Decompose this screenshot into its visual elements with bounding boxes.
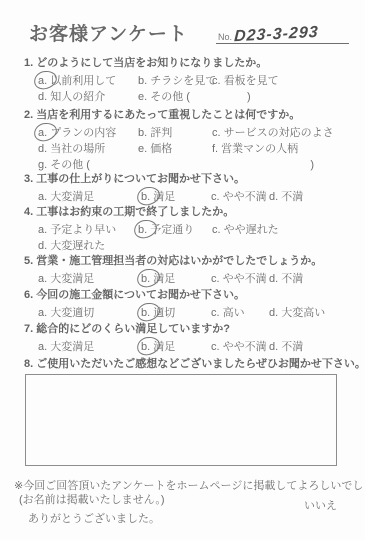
thank-you-message: ありがとうございました。 bbox=[28, 510, 160, 526]
option-label: d. 不満 bbox=[269, 191, 303, 203]
question-title: 3. 工事の仕上がりについてお聞かせ下さい。 bbox=[24, 172, 357, 187]
option-row: a. 大変適切 b. 適切 c. 高い d. 大変高い bbox=[24, 305, 357, 321]
option-label: d. 不満 bbox=[269, 341, 303, 353]
option-label: d. 大変高い bbox=[269, 307, 325, 319]
question-8: 8. ご使用いただいたご感想などございましたらぜひお聞かせ下さい。 bbox=[24, 357, 357, 374]
option-f: f. 営業マンの人柄 bbox=[212, 141, 298, 157]
question-title: 2. 当店を利用するにあたって重視したことは何ですか。 bbox=[24, 108, 357, 123]
option-c: c. やや遅れた bbox=[212, 222, 279, 238]
name-privacy-note: (お名前は掲載いたしません。) bbox=[19, 491, 165, 507]
option-label: d. 知人の紹介 bbox=[38, 91, 105, 103]
option-label: e. その他 ( bbox=[138, 91, 190, 103]
question-3: 3. 工事の仕上がりについてお聞かせ下さい。 a. 大変満足 b. 満足 c. … bbox=[24, 172, 357, 205]
option-b: b. 適切 bbox=[141, 305, 211, 321]
customer-survey-form: お客様アンケート No. D23-3-293 1. どのようにして当店をお知りに… bbox=[0, 0, 365, 540]
question-6: 6. 今回の施工金額についてお聞かせ下さい。 a. 大変適切 b. 適切 c. … bbox=[24, 288, 357, 321]
option-label: d. 不満 bbox=[269, 273, 303, 285]
option-row: a. 大変満足 b. 満足 c. やや不満 d. 不満 bbox=[24, 339, 357, 355]
option-label: d. 当社の場所 bbox=[38, 143, 105, 155]
option-label: a. プランの内容 bbox=[38, 127, 116, 139]
option-d: d. 不満 bbox=[269, 339, 303, 355]
question-title: 5. 営業・施工管理担当者の対応はいかがでしたでしょうか。 bbox=[24, 254, 357, 269]
form-number-label: No. bbox=[218, 32, 232, 42]
option-row: g. その他 ( ) bbox=[24, 157, 314, 173]
option-b: b. 満足 bbox=[141, 339, 211, 355]
comment-box bbox=[25, 374, 337, 466]
option-label: b. 満足 bbox=[141, 273, 175, 285]
option-b: b. 評判 bbox=[138, 125, 212, 141]
option-row: a. プランの内容 b. 評判 c. サービスの対応のよさ bbox=[24, 125, 357, 141]
close-paren: ) bbox=[247, 89, 251, 105]
option-d: d. 当社の場所 bbox=[38, 141, 138, 157]
option-label: a. 大変満足 bbox=[38, 273, 94, 285]
handwritten-form-number: D23-3-293 bbox=[234, 24, 319, 47]
option-a: a. 大変満足 bbox=[38, 271, 141, 287]
option-d: d. 知人の紹介 bbox=[38, 89, 138, 105]
question-title: 8. ご使用いただいたご感想などございましたらぜひお聞かせ下さい。 bbox=[24, 357, 357, 372]
option-e: e. その他 ( bbox=[138, 89, 190, 105]
option-row: d. 大変遅れた bbox=[24, 238, 357, 254]
option-c: c. 看板を見て bbox=[212, 73, 279, 89]
option-label: a. 以前利用して bbox=[38, 75, 116, 87]
option-label: c. やや不満 bbox=[211, 191, 267, 203]
option-label: b. 適切 bbox=[141, 307, 175, 319]
page-title: お客様アンケート bbox=[29, 19, 188, 46]
option-a: a. プランの内容 bbox=[38, 125, 138, 141]
option-c: c. 高い bbox=[211, 305, 269, 321]
option-row: a. 大変満足 b. 満足 c. やや不満 d. 不満 bbox=[24, 271, 357, 287]
option-a: a. 大変満足 bbox=[38, 189, 141, 205]
option-a: a. 大変適切 bbox=[38, 305, 141, 321]
option-c: c. やや不満 bbox=[211, 339, 269, 355]
option-label: a. 大変適切 bbox=[38, 307, 94, 319]
question-2: 2. 当店を利用するにあたって重視したことは何ですか。 a. プランの内容 b.… bbox=[24, 108, 357, 173]
option-d: d. 大変遅れた bbox=[38, 238, 105, 254]
option-row: d. 当社の場所 e. 価格 f. 営業マンの人柄 bbox=[24, 141, 357, 157]
form-number-field: No. D23-3-293 bbox=[216, 20, 349, 44]
option-label: b. 評判 bbox=[138, 127, 172, 139]
option-label: d. 大変遅れた bbox=[38, 240, 105, 252]
option-label: b. 満足 bbox=[141, 341, 175, 353]
option-row: a. 大変満足 b. 満足 c. やや不満 d. 不満 bbox=[24, 189, 357, 205]
option-e: e. 価格 bbox=[138, 141, 212, 157]
option-label: c. やや遅れた bbox=[212, 224, 279, 236]
option-a: a. 以前利用して bbox=[38, 73, 138, 89]
option-label: a. 予定より早い bbox=[38, 224, 116, 236]
question-title: 1. どのようにして当店をお知りになりましたか。 bbox=[24, 56, 357, 71]
option-label: a. 大変満足 bbox=[38, 341, 94, 353]
option-a: a. 大変満足 bbox=[38, 339, 141, 355]
option-d: d. 大変高い bbox=[269, 305, 325, 321]
question-5: 5. 営業・施工管理担当者の対応はいかがでしたでしょうか。 a. 大変満足 b.… bbox=[24, 254, 357, 287]
question-4: 4. 工事はお約束の工期で終了しましたか。 a. 予定より早い b. 予定通り … bbox=[24, 205, 357, 254]
question-title: 4. 工事はお約束の工期で終了しましたか。 bbox=[24, 205, 357, 220]
option-row: a. 予定より早い b. 予定通り c. やや遅れた bbox=[24, 222, 357, 238]
option-label: a. 大変満足 bbox=[38, 191, 94, 203]
option-b: b. 満足 bbox=[141, 189, 211, 205]
option-d: d. 不満 bbox=[269, 189, 303, 205]
option-c: c. やや不満 bbox=[211, 189, 269, 205]
no-option-label: いいえ bbox=[304, 497, 337, 513]
option-b: b. 予定通り bbox=[138, 222, 212, 238]
option-label: c. やや不満 bbox=[211, 273, 267, 285]
option-c: c. やや不満 bbox=[211, 271, 269, 287]
option-label: b. 予定通り bbox=[138, 224, 194, 236]
option-label: c. サービスの対応のよさ bbox=[212, 127, 334, 139]
option-label: c. 高い bbox=[211, 307, 245, 319]
option-g: g. その他 ( bbox=[38, 157, 90, 173]
question-title: 7. 総合的にどのくらい満足していますか? bbox=[24, 322, 357, 337]
question-1: 1. どのようにして当店をお知りになりましたか。 a. 以前利用して b. チラ… bbox=[24, 56, 357, 105]
option-b: b. チラシを見て bbox=[138, 73, 212, 89]
option-label: b. 満足 bbox=[141, 191, 175, 203]
option-label: e. 価格 bbox=[138, 143, 172, 155]
option-d: d. 不満 bbox=[269, 271, 303, 287]
option-label: f. 営業マンの人柄 bbox=[212, 143, 298, 155]
option-a: a. 予定より早い bbox=[38, 222, 138, 238]
option-b: b. 満足 bbox=[141, 271, 211, 287]
option-row: a. 以前利用して b. チラシを見て c. 看板を見て bbox=[24, 73, 357, 89]
close-paren: ) bbox=[310, 157, 314, 173]
option-label: b. チラシを見て bbox=[138, 75, 216, 87]
option-label: g. その他 ( bbox=[38, 159, 90, 171]
question-7: 7. 総合的にどのくらい満足していますか? a. 大変満足 b. 満足 c. や… bbox=[24, 322, 357, 355]
option-row: d. 知人の紹介 e. その他 ( ) bbox=[24, 89, 357, 105]
question-title: 6. 今回の施工金額についてお聞かせ下さい。 bbox=[24, 288, 357, 303]
option-label: c. やや不満 bbox=[211, 341, 267, 353]
option-c: c. サービスの対応のよさ bbox=[212, 125, 334, 141]
option-label: c. 看板を見て bbox=[212, 75, 279, 87]
